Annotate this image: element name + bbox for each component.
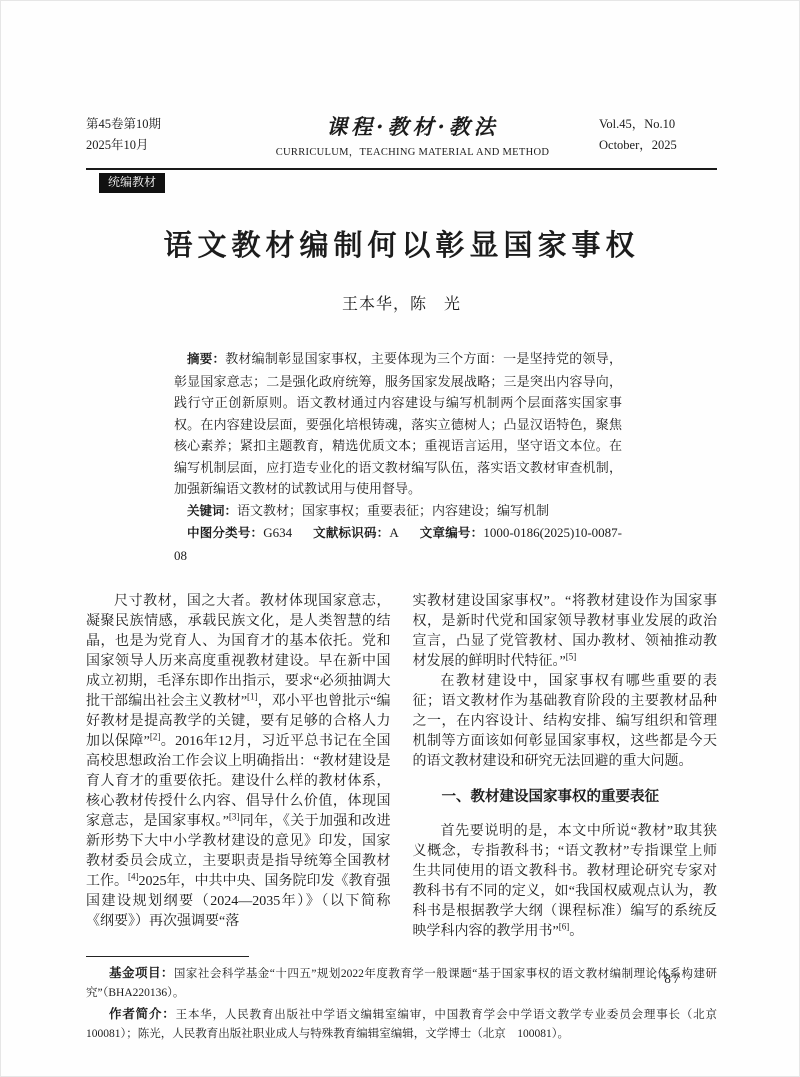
bio-label: 作者简介： bbox=[109, 1007, 176, 1021]
doc-code-value: A bbox=[389, 525, 398, 540]
doc-code-label: 文献标识码： bbox=[313, 526, 389, 540]
fund-label: 基金项目： bbox=[109, 966, 174, 980]
journal-title-en: CURRICULUM，TEACHING MATERIAL AND METHOD bbox=[226, 144, 599, 159]
article-meta: 摘要：教材编制彰显国家事权，主要体现为三个方面：一是坚持党的领导，彰显国家意志；… bbox=[174, 348, 622, 566]
article-title: 语文教材编制何以彰显国家事权 bbox=[86, 223, 717, 264]
footnotes: 基金项目：国家社会科学基金“十四五”规划2022年度教育学一般课题“基于国家事权… bbox=[86, 964, 717, 1043]
issue-volume-en: Vol.45，No.10 bbox=[599, 114, 717, 135]
issue-date-en: October，2025 bbox=[599, 135, 717, 156]
abstract-label: 摘要： bbox=[187, 352, 225, 366]
body-paragraph: 在教材建设中，国家事权有哪些重要的表征；语文教材作为基础教育阶段的主要教材品种之… bbox=[413, 672, 718, 772]
footnote-rule bbox=[86, 956, 249, 957]
journal-page: 第45卷第10期 2025年10月 课程·教材·教法 CURRICULUM，TE… bbox=[0, 0, 800, 1077]
article-authors: 王本华，陈 光 bbox=[86, 291, 717, 314]
clc-value: G634 bbox=[263, 525, 292, 540]
keywords-label: 关键词： bbox=[187, 504, 237, 518]
abstract-paragraph: 摘要：教材编制彰显国家事权，主要体现为三个方面：一是坚持党的领导，彰显国家意志；… bbox=[174, 348, 622, 500]
clc-label: 中图分类号： bbox=[187, 526, 263, 540]
body-paragraph: 尺寸教材，国之大者。教材体现国家意志，凝聚民族情感，承载民族文化，是人类智慧的结… bbox=[86, 592, 391, 932]
left-column: 尺寸教材，国之大者。教材体现国家意志，凝聚民族情感，承载民族文化，是人类智慧的结… bbox=[86, 592, 391, 942]
article-body: 尺寸教材，国之大者。教材体现国家意志，凝聚民族情感，承载民族文化，是人类智慧的结… bbox=[86, 592, 717, 942]
article-id-label: 文章编号： bbox=[420, 526, 484, 540]
issue-volume-cn: 第45卷第10期 bbox=[86, 114, 226, 135]
bio-text: 王本华，人民教育出版社中学语文编辑室编审，中国教育学会中学语文教学专业委员会理事… bbox=[86, 1009, 729, 1040]
fund-note: 基金项目：国家社会科学基金“十四五”规划2022年度教育学一般课题“基于国家事权… bbox=[86, 964, 717, 1002]
journal-title-block: 课程·教材·教法 CURRICULUM，TEACHING MATERIAL AN… bbox=[226, 111, 599, 159]
body-paragraph: 实教材建设国家事权”。“将教材建设作为国家事权，是新时代党和国家领导教材事业发展… bbox=[413, 592, 718, 672]
journal-header: 第45卷第10期 2025年10月 课程·教材·教法 CURRICULUM，TE… bbox=[86, 111, 717, 159]
clc-line: 中图分类号：G634文献标识码：A文章编号：1000-0186(2025)10-… bbox=[174, 522, 622, 566]
section-badge: 统编教材 bbox=[99, 173, 165, 193]
author-bio-note: 作者简介：王本华，人民教育出版社中学语文编辑室编审，中国教育学会中学语文教学专业… bbox=[86, 1005, 717, 1043]
right-column: 实教材建设国家事权”。“将教材建设作为国家事权，是新时代党和国家领导教材事业发展… bbox=[413, 592, 718, 942]
fund-text: 国家社会科学基金“十四五”规划2022年度教育学一般课题“基于国家事权的语文教材… bbox=[86, 968, 717, 999]
body-paragraph: 首先要说明的是，本文中所说“教材”取其狭义概念，专指教科书；“语文教材”专指课堂… bbox=[413, 822, 718, 942]
header-rule bbox=[86, 168, 717, 170]
issue-info-cn: 第45卷第10期 2025年10月 bbox=[86, 114, 226, 156]
page-content: 第45卷第10期 2025年10月 课程·教材·教法 CURRICULUM，TE… bbox=[1, 111, 799, 1043]
abstract-text: 教材编制彰显国家事权，主要体现为三个方面：一是坚持党的领导，彰显国家意志；二是强… bbox=[174, 351, 622, 496]
issue-info-en: Vol.45，No.10 October，2025 bbox=[599, 114, 717, 156]
keywords-line: 关键词：语文教材；国家事权；重要表征；内容建设；编写机制 bbox=[174, 500, 622, 523]
issue-date-cn: 2025年10月 bbox=[86, 135, 226, 156]
journal-title-cn: 课程·教材·教法 bbox=[226, 111, 599, 141]
keywords-text: 语文教材；国家事权；重要表征；内容建设；编写机制 bbox=[237, 503, 549, 518]
section-heading-1: 一、教材建设国家事权的重要表征 bbox=[413, 787, 718, 807]
page-number: · 87 · bbox=[653, 971, 693, 987]
